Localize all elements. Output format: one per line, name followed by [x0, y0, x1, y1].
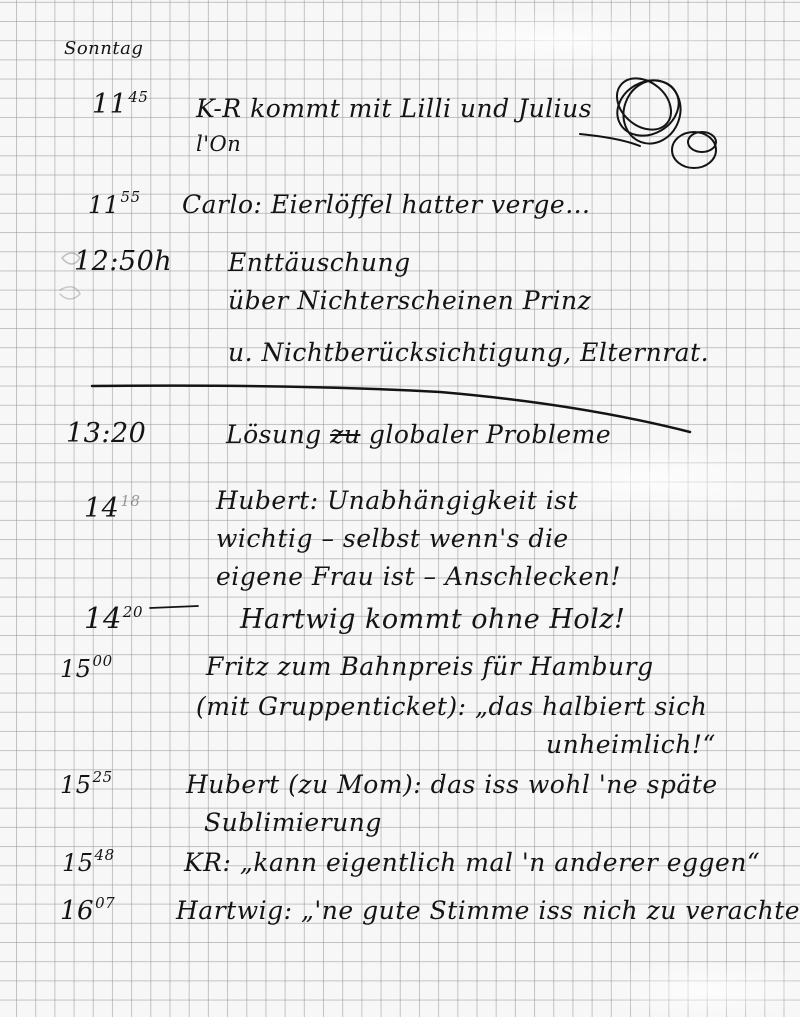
entry-text: (mit Gruppenticket): „das halbiert sich — [196, 694, 707, 719]
entry-text: Hartwig: „'ne gute Stimme iss nich zu ve… — [176, 898, 800, 923]
paper-crease — [600, 960, 800, 1017]
entry-text: Fritz zum Bahnpreis für Hamburg — [206, 654, 654, 679]
entry-time: 1548 — [62, 848, 115, 875]
entry-text: u. Nichtberücksichtigung, Elternrat. — [228, 340, 709, 365]
entry-time: 1145 — [92, 90, 148, 118]
day-heading: Sonntag — [64, 40, 143, 58]
entry-time: 1418 — [84, 494, 140, 522]
entry-time: 1525 — [60, 770, 113, 797]
entry-text: Hartwig kommt ohne Holz! — [240, 606, 625, 633]
entry-text: unheimlich!“ — [546, 732, 716, 757]
entry-text: Hubert: Unabhängigkeit ist — [216, 488, 578, 513]
entry-text: l'On — [196, 134, 241, 155]
entry-text: Carlo: Eierlöffel hatter verge… — [182, 192, 591, 217]
entry-text: KR: „kann eigentlich mal 'n anderer egge… — [184, 850, 760, 875]
scribble-icon — [580, 68, 689, 152]
paper-crease — [380, 10, 740, 70]
struck-word: zu — [330, 420, 360, 449]
entry-text: Hubert (zu Mom): das iss wohl 'ne späte — [186, 772, 718, 797]
entry-time: 1500 — [60, 654, 113, 681]
entry-text: Lösung zu globaler Probleme — [226, 422, 611, 447]
doodle-circle-icon — [672, 132, 716, 168]
entry-text: wichtig – selbst wenn's die — [216, 526, 569, 551]
entry-text: eigene Frau ist – Anschlecken! — [216, 564, 621, 589]
entry-text: Sublimierung — [204, 810, 382, 835]
entry-time: 1155 — [88, 190, 141, 217]
entry-time: 1420 — [84, 604, 143, 633]
notebook-page: Sonntag 1145 K-R kommt mit Lilli und Jul… — [0, 0, 800, 1017]
entry-text: Enttäuschung — [228, 250, 411, 275]
entry-text: über Nichterscheinen Prinz — [228, 288, 591, 313]
entry-time: 13:20 — [66, 420, 146, 447]
entry-time: 12:50h — [74, 248, 172, 275]
entry-text: K-R kommt mit Lilli und Julius — [196, 96, 592, 121]
entry-time: 1607 — [60, 896, 115, 924]
